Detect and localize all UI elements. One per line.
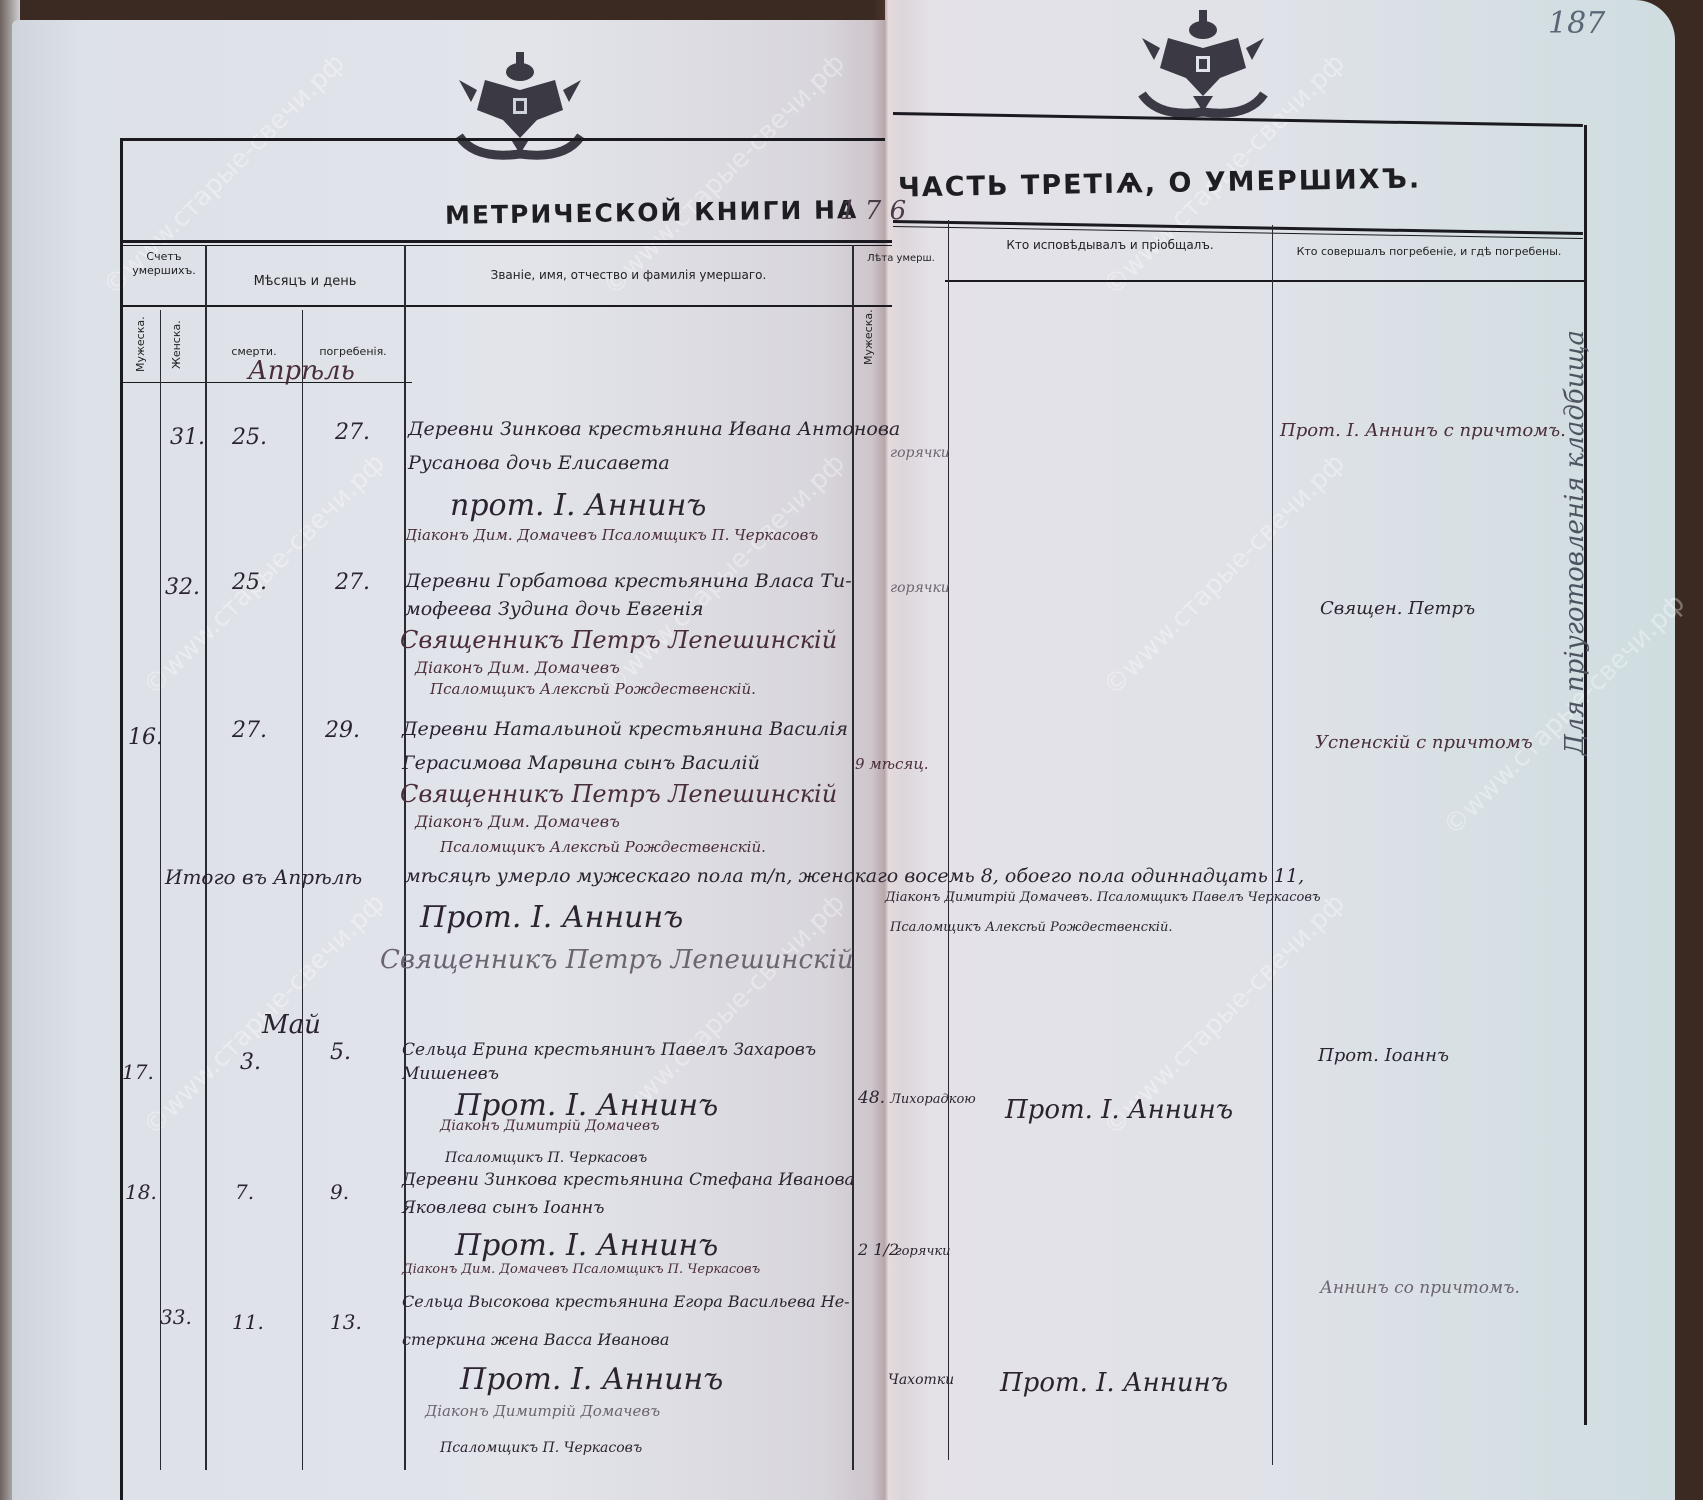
death-day: 11.: [232, 1310, 264, 1334]
frame-top-left: [120, 138, 885, 141]
total-text: мѣсяцѣ умерло мужескаго пола m/n, женска…: [405, 865, 1304, 887]
signature: Прот. І. Аннинъ: [420, 900, 683, 935]
burial-day: 9.: [330, 1180, 349, 1204]
deceased-name-line: Сельца Высокова крестьянина Егора Василь…: [402, 1292, 850, 1311]
burial-day: 13.: [330, 1310, 362, 1334]
signature: Священникъ Петръ Лепешинскій: [380, 945, 854, 975]
male-count: 18.: [125, 1180, 157, 1204]
confessor: Прот. І. Аннинъ: [1000, 1368, 1228, 1398]
header-count-female: Женска.: [170, 312, 184, 377]
deceased-name-line: Герасимова Марвина сынъ Василій: [402, 752, 760, 774]
page-number: 187: [1548, 6, 1605, 41]
male-count: 17.: [122, 1060, 154, 1084]
header-name: Званіе, имя, отчество и фамилія умершаго…: [405, 268, 852, 282]
age: 48.: [858, 1088, 885, 1108]
frame-right: [1584, 125, 1587, 1425]
month-label-april: Апрѣль: [248, 356, 355, 386]
total-signoff: Псаломщикъ Алексѣй Рождественскій.: [890, 920, 1172, 935]
death-day: 25.: [232, 425, 267, 450]
cause-of-death: горячки: [890, 580, 950, 596]
deceased-name-line: Деревни Зинкова крестьянина Ивана Антоно…: [408, 418, 900, 440]
signature: Діаконъ Дим. Домачевъ Псаломщикъ П. Черк…: [402, 1262, 760, 1277]
signature: Псаломщикъ П. Черкасовъ: [440, 1440, 642, 1456]
death-day: 27.: [232, 718, 267, 743]
burial-by: Аннинъ со причтомъ.: [1320, 1278, 1520, 1298]
signature: Псаломщикъ Алексѣй Рождественскій.: [430, 680, 756, 698]
burial-day: 29.: [325, 718, 360, 743]
cause-of-death: горячки: [890, 445, 950, 461]
cause-of-death: Лихорадкою: [890, 1092, 976, 1107]
col-divider: [948, 220, 949, 1460]
signature: Прот. І. Аннинъ: [455, 1228, 718, 1263]
page-title-left: МЕТРИЧЕСКОЙ КНИГИ НА: [445, 195, 859, 230]
col-divider: [160, 310, 161, 1470]
header-burial-by: Кто совершалъ погребеніе, и гдѣ погребен…: [1274, 245, 1584, 259]
open-register-book: ©www.старые-свечи.рф ©www.старые-свечи.р…: [0, 0, 1703, 1500]
deceased-name-line: Сельца Ерина крестьянинъ Павелъ Захаровъ: [402, 1040, 816, 1060]
burial-by: Успенскій с причтомъ: [1315, 732, 1533, 753]
double-headed-eagle-crest-icon: [455, 50, 585, 160]
signature: Священникъ Петръ Лепешинскій: [400, 626, 837, 654]
header-age: Лѣта умерш.: [856, 252, 946, 266]
death-day: 3.: [240, 1050, 261, 1075]
signature: Прот. І. Аннинъ: [460, 1362, 723, 1397]
signature: Псаломщикъ П. Черкасовъ: [445, 1150, 647, 1166]
subheader-rule-right: [945, 280, 1585, 282]
margin-note: Для пріуготовленія кладбища: [1560, 330, 1590, 755]
col-divider: [1272, 225, 1273, 1465]
header-rule-left-thin: [122, 245, 892, 246]
burial-day: 5.: [330, 1040, 351, 1065]
deceased-name-line: мофеева Зудина дочь Евгенія: [405, 598, 704, 620]
deceased-name-line: стеркина жена Васса Иванова: [402, 1330, 669, 1349]
signature: Священникъ Петръ Лепешинскій: [400, 780, 837, 808]
total-label: Итого въ Апрѣлѣ: [165, 865, 362, 889]
age: 9 мѣсяц.: [855, 755, 929, 773]
header-rule-left: [122, 240, 892, 243]
col-divider: [302, 310, 303, 1470]
female-count: 31.: [170, 425, 205, 450]
burial-day: 27.: [335, 420, 370, 445]
header-confessor: Кто исповѣдывалъ и пріобщалъ.: [950, 238, 1270, 252]
deceased-name-line: Деревни Горбатова крестьянина Власа Ти-: [405, 570, 852, 592]
signature: Діаконъ Дим. Домачевъ: [415, 658, 620, 677]
col-divider: [404, 245, 406, 1470]
subheader-rule-left: [122, 305, 892, 307]
death-day: 7.: [235, 1180, 254, 1204]
deceased-name-line: Русанова дочь Елисавета: [408, 452, 670, 474]
confessor: Прот. І. Аннинъ: [1005, 1095, 1233, 1125]
signature: Діаконъ Дим. Домачевъ: [415, 812, 620, 831]
burial-by: Священ. Петръ: [1320, 598, 1475, 619]
right-page: [885, 0, 1675, 1500]
signature: прот. І. Аннинъ: [450, 488, 706, 523]
signature: Діаконъ Димитрій Домачевъ: [440, 1118, 659, 1134]
header-age-male: Мужеска.: [862, 300, 876, 375]
burial-day: 27.: [335, 570, 370, 595]
female-count: 33.: [160, 1305, 192, 1329]
month-label-may: Май: [262, 1010, 321, 1040]
cause-of-death: Чахотки: [888, 1372, 954, 1388]
header-count-deceased: Счетъ умершихъ.: [124, 250, 204, 278]
signature: Псаломщикъ Алексѣй Рождественскій.: [440, 838, 766, 856]
frame-left: [120, 138, 123, 1500]
death-day: 25.: [232, 570, 267, 595]
burial-by: Прот. Іоаннъ: [1318, 1045, 1449, 1066]
age: 2 1/2: [858, 1240, 899, 1259]
signature: Діаконъ Дим. Домачевъ Псаломщикъ П. Черк…: [405, 526, 818, 544]
deceased-name-line: Деревни Зинкова крестьянина Стефана Иван…: [402, 1170, 855, 1190]
double-headed-eagle-crest-icon: [1138, 8, 1268, 118]
deceased-name-line: Мишеневъ: [402, 1064, 499, 1084]
header-count-male: Мужеска.: [134, 312, 148, 377]
header-month-day: Мѣсяцъ и день: [206, 275, 404, 289]
cause-of-death: горячки: [895, 1244, 951, 1259]
female-count: 32.: [165, 575, 200, 600]
total-signoff: Діаконъ Димитрій Домачевъ. Псаломщикъ Па…: [885, 890, 1321, 905]
col-divider: [205, 245, 207, 1470]
deceased-name-line: Деревни Натальиной крестьянина Василія: [402, 718, 848, 740]
burial-by: Прот. І. Аннинъ с причтомъ.: [1280, 420, 1566, 441]
deceased-name-line: Яковлева сынъ Іоаннъ: [402, 1198, 604, 1218]
signature: Діаконъ Димитрій Домачевъ: [425, 1402, 660, 1420]
male-count: 16.: [128, 725, 163, 750]
